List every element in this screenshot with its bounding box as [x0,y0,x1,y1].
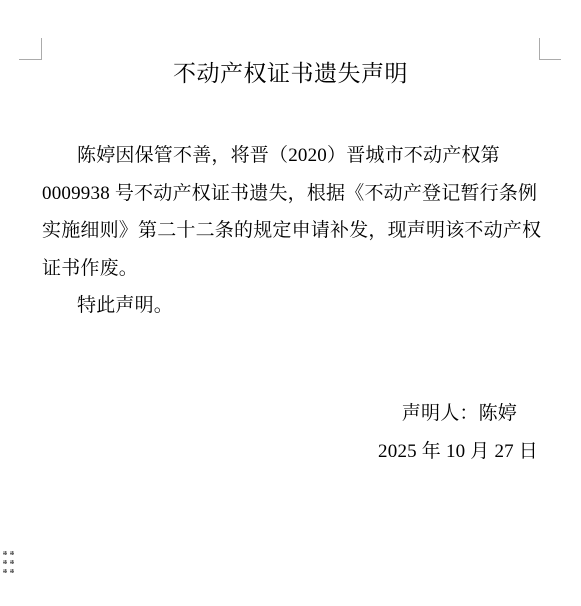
cross-dot-icon [3,551,7,555]
body-line-3[interactable]: 实施细则》第二十二条的规定申请补发，现声明该不动产权 [42,212,543,250]
top-right-margin-crop-mark-icon [539,38,561,60]
cross-dot-icon [3,569,7,573]
document-page[interactable]: 不动产权证书遗失声明 陈婷因保管不善，将晋（2020）晋城市不动产权第 0009… [0,0,581,606]
signature-block[interactable]: 声明人：陈婷 2025 年 10 月 27 日 [378,395,539,470]
body-line-4[interactable]: 证书作废。 [42,250,543,288]
signer-name[interactable]: 声明人：陈婷 [378,395,539,433]
document-title[interactable]: 不动产权证书遗失声明 [42,59,539,89]
body-line-1[interactable]: 陈婷因保管不善，将晋（2020）晋城市不动产权第 [42,137,543,175]
cross-dot-icon [10,569,14,573]
body-line-2[interactable]: 0009938 号不动产权证书遗失，根据《不动产登记暂行条例 [42,175,543,213]
closing-line[interactable]: 特此声明。 [42,287,543,325]
top-left-margin-crop-mark-icon [19,38,42,60]
signature-date[interactable]: 2025 年 10 月 27 日 [378,433,539,471]
bottom-left-marks [3,551,14,573]
document-body[interactable]: 陈婷因保管不善，将晋（2020）晋城市不动产权第 0009938 号不动产权证书… [42,137,543,325]
cross-dot-icon [10,551,14,555]
cross-dot-icon [3,560,7,564]
cross-dot-icon [10,560,14,564]
